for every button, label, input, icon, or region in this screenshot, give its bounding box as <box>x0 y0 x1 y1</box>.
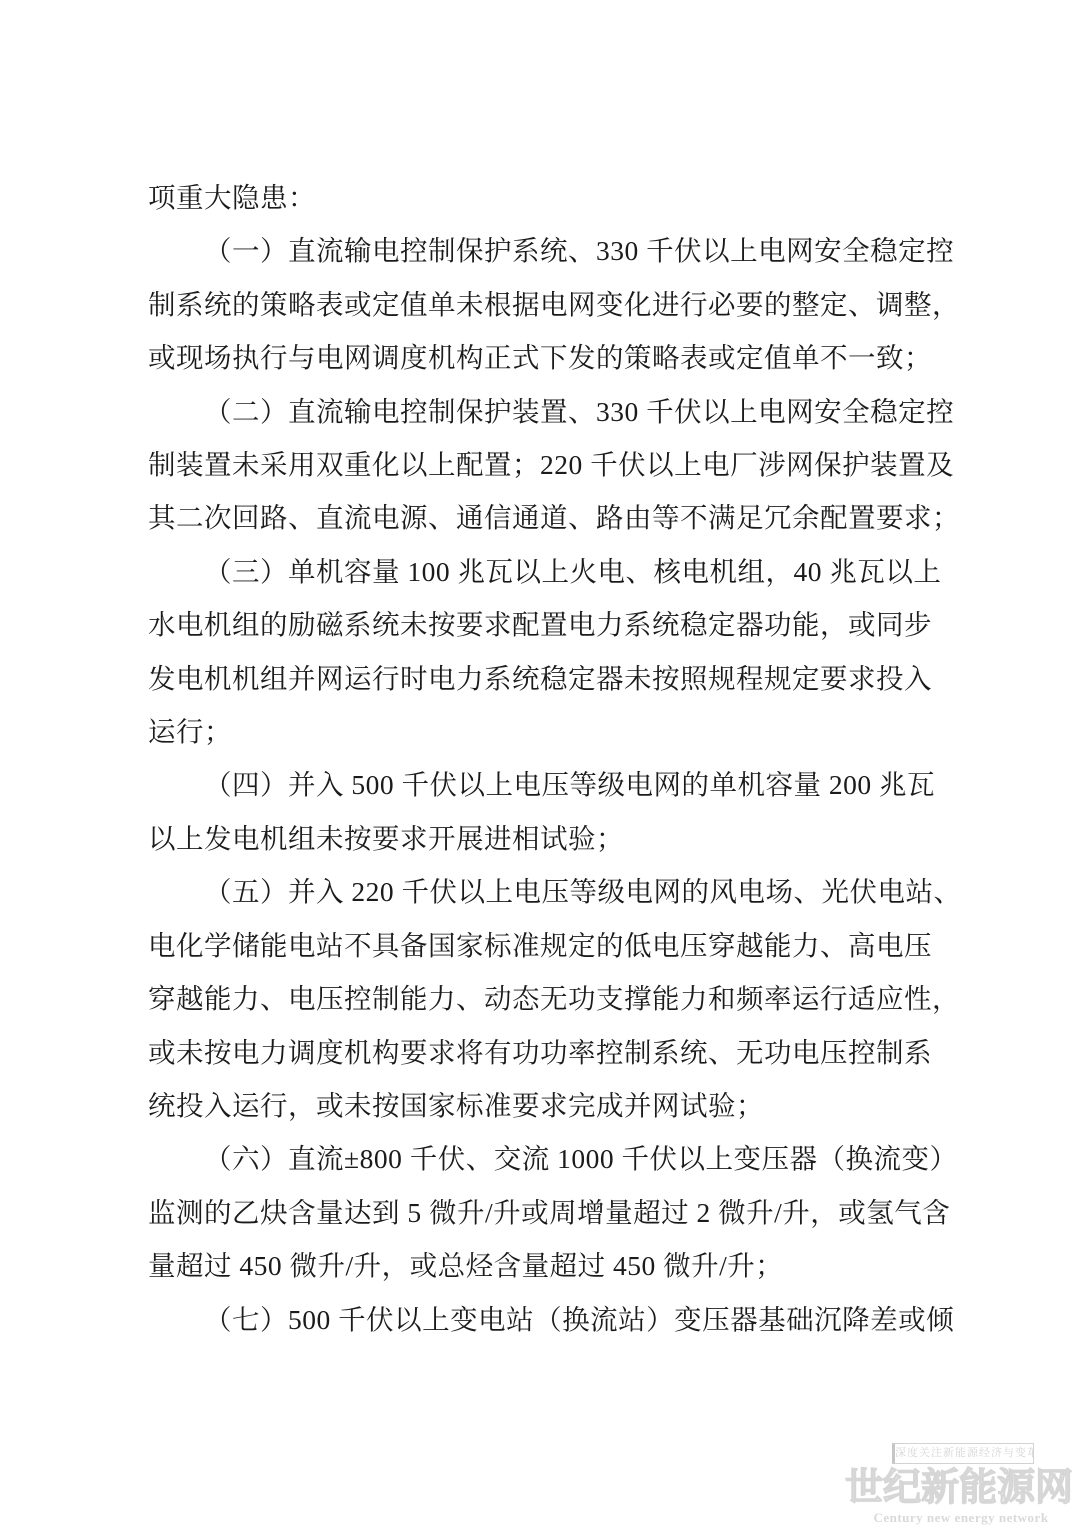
text-line: 运行； <box>148 705 931 758</box>
text-line: 或现场执行与电网调度机构正式下发的策略表或定值单不一致； <box>148 331 931 384</box>
watermark-brand: 世纪新能源网 <box>845 1467 1077 1509</box>
text-line: （七）500 千伏以上变电站（换流站）变压器基础沉降差或倾 <box>148 1293 931 1346</box>
text-line: 监测的乙炔含量达到 5 微升/升或周增量超过 2 微升/升，或氢气含 <box>148 1186 931 1239</box>
document-body: 项重大隐患：（一）直流输电控制保护系统、330 千伏以上电网安全稳定控制系统的策… <box>148 171 931 1346</box>
text-line: 水电机组的励磁系统未按要求配置电力系统稳定器功能，或同步 <box>148 598 931 651</box>
document-page: 项重大隐患：（一）直流输电控制保护系统、330 千伏以上电网安全稳定控制系统的策… <box>0 0 1080 1527</box>
text-line: （一）直流输电控制保护系统、330 千伏以上电网安全稳定控 <box>148 224 931 277</box>
text-line: 以上发电机组未按要求开展进相试验； <box>148 812 931 865</box>
text-line: 电化学储能电站不具备国家标准规定的低电压穿越能力、高电压 <box>148 919 931 972</box>
text-line: 量超过 450 微升/升，或总烃含量超过 450 微升/升； <box>148 1239 931 1292</box>
text-line: 穿越能力、电压控制能力、动态无功支撑能力和频率运行适应性， <box>148 972 931 1025</box>
text-line: 制装置未采用双重化以上配置；220 千伏以上电厂涉网保护装置及 <box>148 438 931 491</box>
watermark-tagline: 深度关注新能源经济与变革 <box>892 1443 1034 1464</box>
text-line: （四）并入 500 千伏以上电压等级电网的单机容量 200 兆瓦 <box>148 758 931 811</box>
watermark-subtitle: Century new energy network <box>845 1510 1077 1526</box>
watermark: 深度关注新能源经济与变革 世纪新能源网 Century new energy n… <box>845 1443 1077 1526</box>
text-line: 项重大隐患： <box>148 171 931 224</box>
text-line: （二）直流输电控制保护装置、330 千伏以上电网安全稳定控 <box>148 385 931 438</box>
text-line: （六）直流±800 千伏、交流 1000 千伏以上变压器（换流变） <box>148 1132 931 1185</box>
text-line: 制系统的策略表或定值单未根据电网变化进行必要的整定、调整， <box>148 278 931 331</box>
text-line: 其二次回路、直流电源、通信通道、路由等不满足冗余配置要求； <box>148 491 931 544</box>
text-line: 发电机机组并网运行时电力系统稳定器未按照规程规定要求投入 <box>148 652 931 705</box>
text-line: 统投入运行，或未按国家标准要求完成并网试验； <box>148 1079 931 1132</box>
text-line: 或未按电力调度机构要求将有功功率控制系统、无功电压控制系 <box>148 1026 931 1079</box>
text-line: （三）单机容量 100 兆瓦以上火电、核电机组，40 兆瓦以上 <box>148 545 931 598</box>
text-line: （五）并入 220 千伏以上电压等级电网的风电场、光伏电站、 <box>148 865 931 918</box>
